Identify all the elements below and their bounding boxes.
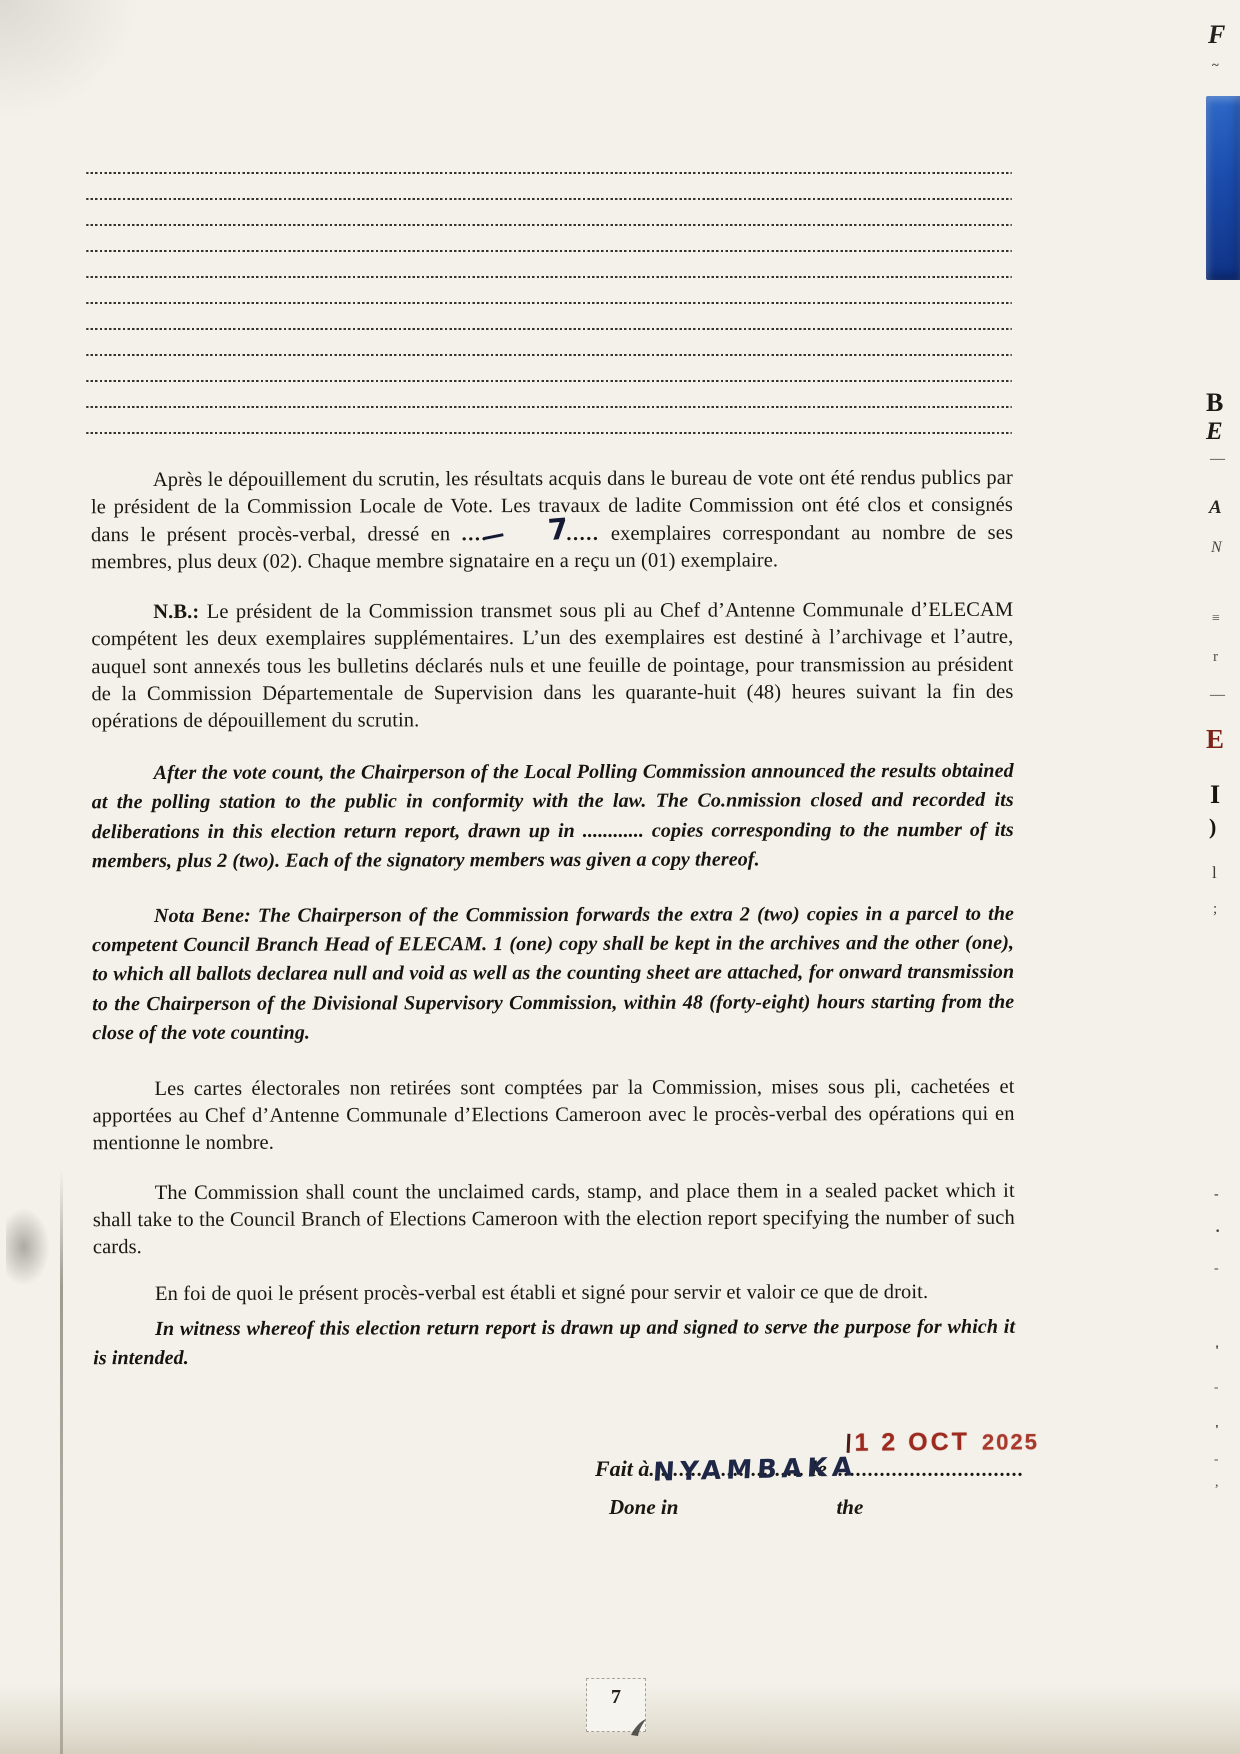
edge-artifact-glyph: ) — [1209, 816, 1216, 838]
edge-artifact-glyph: - — [1214, 1262, 1219, 1276]
fr-witness-text: En foi de quoi le présent procès-verbal … — [155, 1281, 928, 1305]
page-number-box: 7 — [586, 1678, 646, 1732]
edge-artifact-glyph: A — [1209, 498, 1222, 517]
notabene-lead: Nota Bene — [154, 905, 244, 927]
edge-artifact-glyph: - — [1214, 1188, 1219, 1202]
page-corner-fold-mark — [627, 1711, 649, 1737]
dotted-line — [86, 332, 1012, 358]
edge-artifact-glyph: l — [1212, 864, 1217, 881]
done-in-line: Done in the — [595, 1495, 1025, 1520]
edge-artifact-glyph: ≡ — [1212, 612, 1220, 626]
paragraph-fr-nb: N.B.: Le président de la Commission tran… — [91, 597, 1013, 736]
date-stamp-text: 1 2 OCT — [854, 1428, 970, 1457]
paragraph-fr-results: Après le dépouillement du scrutin, les r… — [91, 465, 1013, 576]
fill-dots-after: ..... — [566, 522, 599, 544]
date-dots: ................................ — [832, 1459, 1024, 1481]
edge-artifact-glyph: — — [1210, 452, 1225, 467]
en-witness-text: In witness whereof this election return … — [93, 1315, 1015, 1369]
fr-cards-text: Les cartes électorales non retirées sont… — [93, 1076, 1015, 1155]
dotted-line — [86, 150, 1012, 176]
page-number: 7 — [587, 1686, 645, 1709]
edge-artifact-glyph: ~ — [1212, 58, 1219, 71]
date-stamp: 1 2 OCT2025 — [847, 1427, 1039, 1458]
nb-lead: N.B.: — [153, 601, 199, 623]
paper-edge-smudge — [6, 1208, 50, 1286]
edge-artifact-glyph: ' — [1215, 1344, 1219, 1359]
place-fill-spot: ..........................NYAMBAKA — [649, 1456, 805, 1482]
edge-artifact-glyph: E — [1206, 419, 1223, 444]
handwritten-copies-count: 7 — [486, 528, 568, 535]
edge-artifact-glyph: N — [1211, 540, 1222, 556]
date-stamp-year: 2025 — [982, 1429, 1039, 1454]
blue-ink-patch — [1206, 96, 1240, 280]
fait-a-label: Fait à — [595, 1456, 649, 1481]
dotted-line — [86, 280, 1012, 306]
fill-dots-before: .... — [462, 523, 489, 545]
edge-artifact-glyph: - — [1214, 1452, 1218, 1465]
dotted-line — [86, 202, 1012, 228]
done-in-label: Done in — [609, 1495, 678, 1520]
document-body: Après le dépouillement du scrutin, les r… — [91, 437, 1015, 1373]
nb-text: Le président de la Commission transmet s… — [91, 599, 1013, 732]
edge-artifact-glyph: · — [1215, 1224, 1220, 1240]
scanned-document-page: Après le dépouillement du scrutin, les r… — [0, 0, 1240, 1754]
edge-artifact-glyph: F — [1208, 22, 1225, 48]
dotted-line — [86, 254, 1012, 280]
edge-artifact-glyph: r — [1213, 650, 1218, 665]
edge-artifact-glyph: — — [1210, 688, 1225, 703]
the-label: the — [836, 1495, 863, 1520]
paper-edge-line — [60, 1170, 63, 1754]
paper-shadow-topleft — [0, 0, 140, 120]
handwritten-place-name: NYAMBAKA — [653, 1452, 859, 1487]
paragraph-en-notabene: Nota Bene: The Chairperson of the Commis… — [92, 900, 1014, 1048]
edge-artifact-glyph: B — [1206, 390, 1223, 416]
paragraph-fr-cards: Les cartes électorales non retirées sont… — [92, 1074, 1014, 1158]
dotted-line — [86, 228, 1012, 254]
edge-artifact-glyph: I — [1210, 782, 1220, 808]
fait-a-line: Fait à..........................NYAMBAKA… — [595, 1456, 1025, 1482]
dotted-line — [86, 176, 1012, 202]
dotted-line — [86, 306, 1012, 332]
paragraph-fr-witness: En foi de quoi le présent procès-verbal … — [93, 1279, 1015, 1309]
dotted-line — [86, 410, 1012, 436]
dotted-fill-lines — [86, 150, 1012, 436]
en-results-text: After the vote count, the Chairperson of… — [92, 760, 1014, 872]
paragraph-en-results: After the vote count, the Chairperson of… — [92, 757, 1014, 876]
edge-artifact-glyph: , — [1215, 1476, 1219, 1490]
edge-artifact-glyph: E — [1206, 726, 1224, 753]
dotted-line — [86, 358, 1012, 384]
paragraph-en-cards: The Commission shall count the unclaimed… — [93, 1177, 1015, 1261]
edge-artifact-glyph: - — [1214, 1380, 1218, 1393]
en-cards-text: The Commission shall count the unclaimed… — [93, 1179, 1015, 1258]
paragraph-en-witness: In witness whereof this election return … — [93, 1312, 1015, 1373]
dotted-line — [86, 384, 1012, 410]
edge-artifact-glyph: ' — [1215, 1424, 1219, 1438]
edge-artifact-glyph: ; — [1213, 902, 1217, 917]
signature-block: 1 2 OCT2025 Fait à......................… — [595, 1430, 1025, 1520]
